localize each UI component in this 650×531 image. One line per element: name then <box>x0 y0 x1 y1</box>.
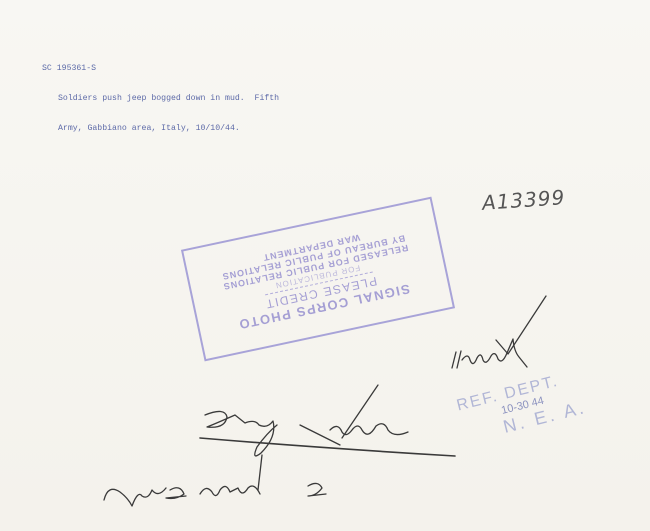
handwriting-layer <box>0 0 650 531</box>
signature-right <box>452 296 546 368</box>
signature-bottom <box>104 455 326 506</box>
signature-middle <box>200 385 455 456</box>
